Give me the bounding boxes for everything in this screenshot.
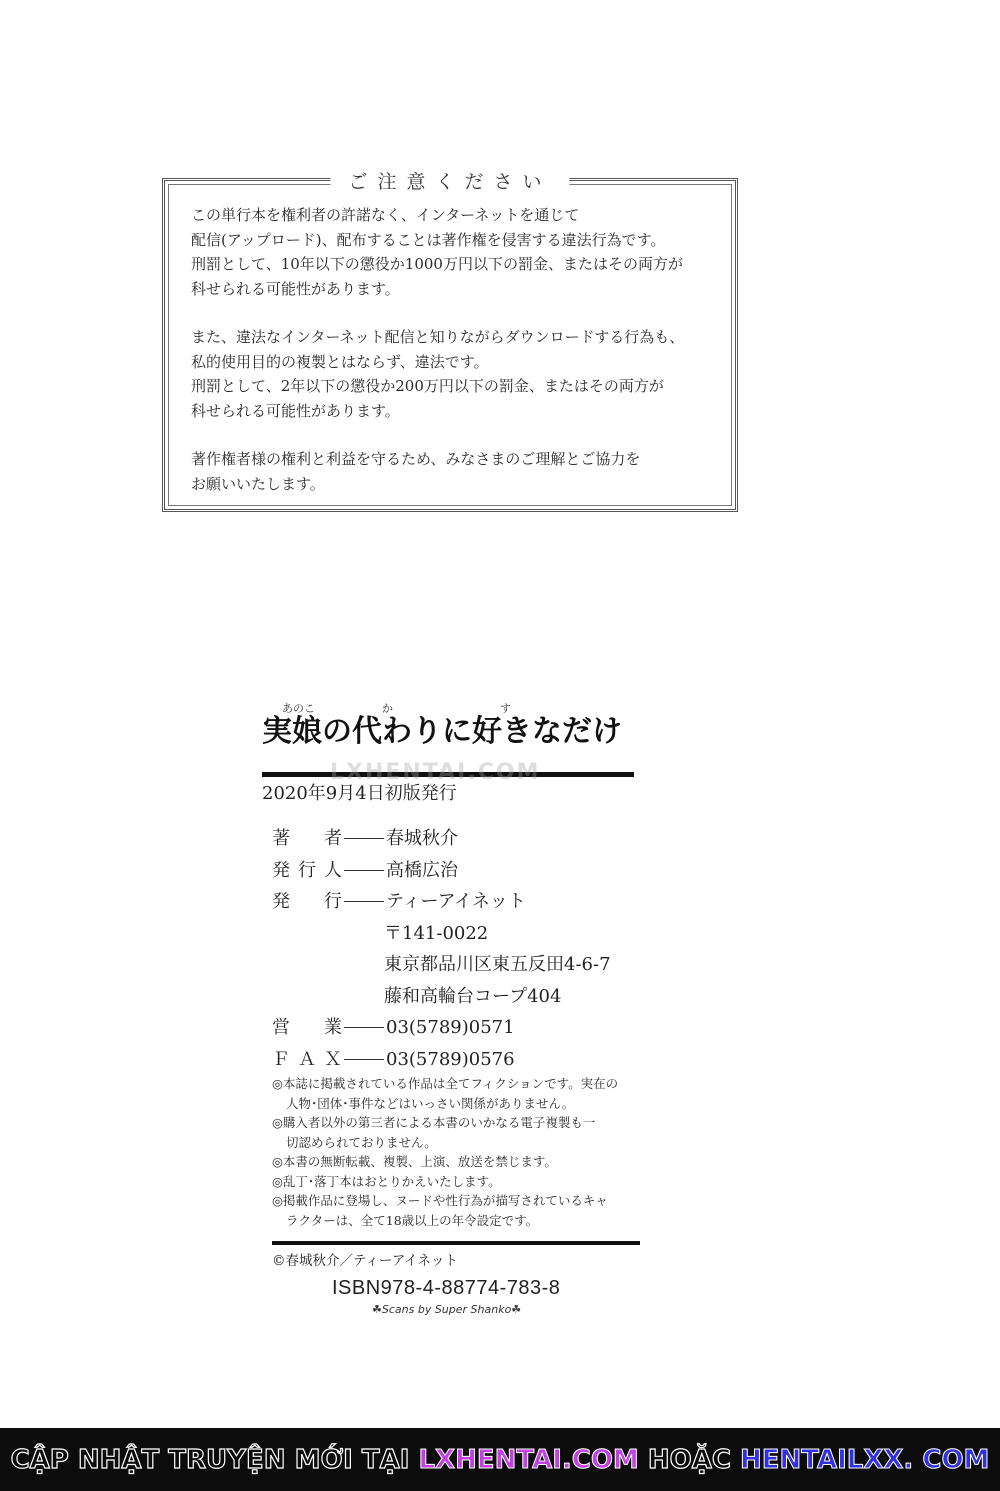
credit-value: ティーアイネット	[386, 886, 526, 918]
banner-prefix: CẬP NHẬT TRUYỆN MỚI TẠI	[11, 1445, 419, 1475]
dash-separator	[344, 901, 384, 902]
promo-banner: CẬP NHẬT TRUYỆN MỚI TẠI LXHENTAI.COM HOẶ…	[0, 1428, 1000, 1491]
notice-line: お願いいたします。	[191, 472, 721, 497]
watermark: LXHENTAI.COM	[330, 760, 540, 785]
note-item: ◎本書の無断転載、複製、上演、放送を禁じます。	[272, 1152, 652, 1172]
note-item: ◎購入者以外の第三者による本書のいかなる電子複製も一	[272, 1113, 652, 1133]
notice-line: 刑罰として、10年以下の懲役か1000万円以下の罰金、またはその両方が	[191, 252, 721, 277]
notice-title: ご注意ください	[330, 167, 569, 194]
notice-paragraph-3: 著作権者様の権利と利益を守るため、みなさまのご理解とご協力を お願いいたします。	[191, 447, 721, 496]
notice-line: 私的使用目的の複製とはならず、違法です。	[191, 350, 721, 375]
copyright: ©春城秋介／ティーアイネット	[272, 1249, 458, 1269]
contact-value: 03(5789)0576	[386, 1044, 515, 1076]
copyright-rule	[272, 1241, 640, 1245]
ruby-anoko: あのこ	[282, 700, 315, 716]
dash-separator	[344, 1027, 384, 1028]
credit-label: 発 行	[272, 886, 342, 918]
contact-sales: 営 業 03(5789)0571	[272, 1012, 611, 1044]
dash-separator	[344, 870, 384, 871]
credits: 著 者 春城秋介 発行人 高橋広治 発 行 ティーアイネット 〒141-0022…	[272, 823, 611, 1075]
note-continuation: ラクターは、全て18歳以上の年令設定です。	[272, 1211, 652, 1231]
notice-paragraph-2: また、違法なインターネット配信と知りながらダウンロードする行為も、 私的使用目的…	[191, 325, 721, 423]
note-item: ◎掲載作品に登場し、ヌードや性行為が描写されているキャ	[272, 1191, 652, 1211]
banner-text: CẬP NHẬT TRUYỆN MỚI TẠI LXHENTAI.COM HOẶ…	[11, 1445, 990, 1475]
ruby-su: す	[500, 700, 511, 716]
note-continuation: 人物･団体･事件などはいっさい関係がありません。	[272, 1094, 652, 1114]
colophon: あのこ か す 実娘の代わりに好きなだけ 2020年9月4日初版発行	[262, 700, 642, 805]
notice-line: この単行本を権利者の許諾なく、インターネットを通じて	[191, 203, 721, 228]
address-line-2: 藤和高輪台コープ404	[272, 981, 611, 1013]
notice-body: この単行本を権利者の許諾なく、インターネットを通じて 配信(アップロード)、配布…	[191, 203, 721, 520]
note-continuation: 切認められておりません。	[272, 1133, 652, 1153]
notice-line: 科せられる可能性があります。	[191, 277, 721, 302]
notice-box: ご注意ください この単行本を権利者の許諾なく、インターネットを通じて 配信(アッ…	[162, 178, 738, 512]
note-item: ◎乱丁･落丁本はおとりかえいたします。	[272, 1172, 652, 1192]
book-title: 実娘の代わりに好きなだけ	[262, 714, 642, 750]
banner-link-lxhentai[interactable]: LXHENTAI.COM	[418, 1445, 638, 1475]
credit-value: 春城秋介	[386, 823, 458, 855]
address-line-1: 東京都品川区東五反田4-6-7	[272, 949, 611, 981]
isbn: ISBN978-4-88774-783-8	[332, 1277, 560, 1300]
contact-value: 03(5789)0571	[386, 1012, 515, 1044]
notice-line: 著作権者様の権利と利益を守るため、みなさまのご理解とご協力を	[191, 447, 721, 472]
contact-fax: ＦＡＸ 03(5789)0576	[272, 1044, 611, 1076]
notice-paragraph-1: この単行本を権利者の許諾なく、インターネットを通じて 配信(アップロード)、配布…	[191, 203, 721, 301]
credit-value: 高橋広治	[386, 855, 458, 887]
notice-line: 科せられる可能性があります。	[191, 399, 721, 424]
credit-label: 著 者	[272, 823, 342, 855]
credit-publisher-person: 発行人 高橋広治	[272, 855, 611, 887]
notice-line: 配信(アップロード)、配布することは著作権を侵害する違法行為です。	[191, 228, 721, 253]
credit-label: 発行人	[272, 855, 342, 887]
note-item: ◎本誌に掲載されている作品は全てフィクションです。実在の	[272, 1074, 652, 1094]
scans-credit: ☘Scans by Super Shanko☘	[372, 1303, 521, 1316]
credit-publisher: 発 行 ティーアイネット	[272, 886, 611, 918]
ruby-ka: か	[382, 700, 393, 716]
contact-label: ＦＡＸ	[272, 1044, 342, 1076]
dash-separator	[344, 1059, 384, 1060]
notice-line: 刑罰として、2年以下の懲役か200万円以下の罰金、またはその両方が	[191, 374, 721, 399]
legal-notes: ◎本誌に掲載されている作品は全てフィクションです。実在の 人物･団体･事件などは…	[272, 1074, 652, 1230]
address-postal: 〒141-0022	[272, 918, 611, 950]
credit-author: 著 者 春城秋介	[272, 823, 611, 855]
dash-separator	[344, 838, 384, 839]
title-ruby: あのこ か す	[262, 700, 642, 714]
contact-label: 営 業	[272, 1012, 342, 1044]
banner-connector: HOẶC	[639, 1445, 740, 1475]
banner-link-hentailxx[interactable]: HENTAILXX. COM	[740, 1445, 989, 1475]
notice-line: また、違法なインターネット配信と知りながらダウンロードする行為も、	[191, 325, 721, 350]
